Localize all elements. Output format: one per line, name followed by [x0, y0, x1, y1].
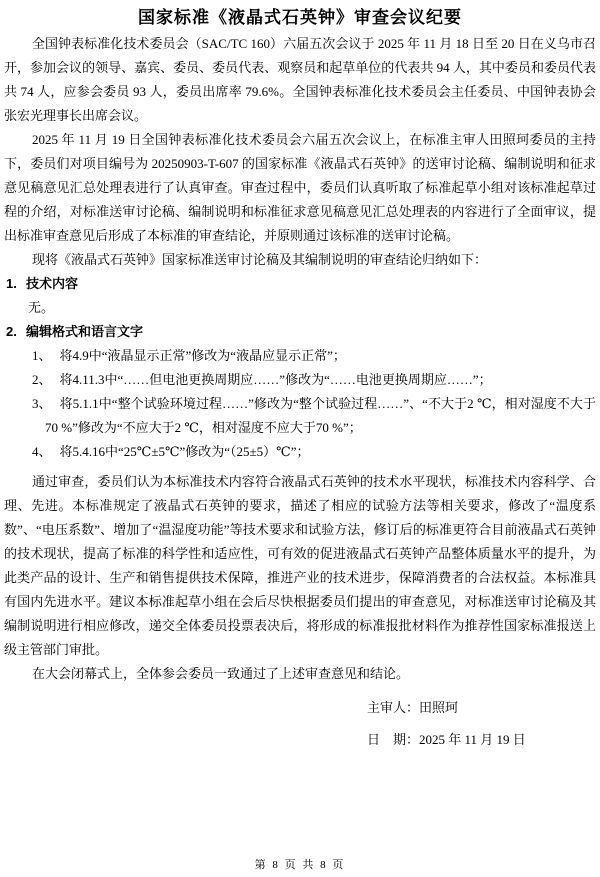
list-item-text: 将5.1.1中“整个试验环境过程……”修改为“整个试验过程……”、“不大于2 ℃… — [45, 396, 596, 435]
list-item-number: 3、 — [32, 396, 52, 411]
paragraph-summary-intro: 现将《液晶式石英钟》国家标准送审讨论稿及其编制说明的审查结论归纳如下： — [4, 248, 596, 272]
document-page: 国家标准《液晶式石英钟》审查会议纪要 全国钟表标准化技术委员会（SAC/TC 1… — [0, 0, 600, 877]
list-item-number: 2、 — [32, 372, 52, 387]
document-title: 国家标准《液晶式石英钟》审查会议纪要 — [4, 6, 596, 30]
section-2-number: 2. — [4, 320, 26, 344]
section-2-title: 编辑格式和语言文字 — [26, 324, 143, 339]
list-item-text: 将4.9中“液晶显示正常”修改为“液晶应显示正常”； — [60, 348, 346, 363]
reviewer-name: 田照珂 — [419, 700, 458, 715]
date-label: 日 期： — [367, 732, 419, 747]
list-item: 1、将4.9中“液晶显示正常”修改为“液晶应显示正常”； — [4, 344, 596, 368]
list-item: 2、将4.11.3中“……但电池更换周期应……”修改为“……电池更换周期应……”… — [4, 368, 596, 392]
signature-reviewer-line: 主审人：田照珂 — [367, 696, 596, 720]
section-1-number: 1. — [4, 272, 26, 296]
paragraph-conclusion: 通过审查，委员们认为本标准技术内容符合液晶式石英钟的技术水平现状，标准技术内容科… — [4, 470, 596, 662]
list-item: 3、将5.1.1中“整个试验环境过程……”修改为“整个试验过程……”、“不大于2… — [4, 392, 596, 440]
section-1-heading: 1.技术内容 — [4, 272, 596, 296]
section-1-title: 技术内容 — [26, 276, 78, 291]
list-item-number: 4、 — [32, 444, 52, 459]
reviewer-label: 主审人： — [367, 700, 419, 715]
date-value: 2025 年 11 月 19 日 — [419, 732, 526, 747]
list-item-number: 1、 — [32, 348, 52, 363]
list-item: 4、将5.4.16中“25℃±5℃”修改为“（25±5）℃”； — [4, 440, 596, 464]
signature-date-line: 日 期：2025 年 11 月 19 日 — [367, 728, 596, 752]
list-item-text: 将4.11.3中“……但电池更换周期应……”修改为“……电池更换周期应……”； — [60, 372, 492, 387]
paragraph-closing: 在大会闭幕式上，全体参会委员一致通过了上述审查意见和结论。 — [4, 662, 596, 686]
section-2-heading: 2.编辑格式和语言文字 — [4, 320, 596, 344]
signature-block: 主审人：田照珂 日 期：2025 年 11 月 19 日 — [367, 696, 596, 752]
section-1-body: 无。 — [4, 296, 596, 320]
paragraph-opening: 全国钟表标准化技术委员会（SAC/TC 160）六届五次会议于 2025 年 1… — [4, 32, 596, 128]
paragraph-review-process: 2025 年 11 月 19 日全国钟表标准化技术委员会六届五次会议上，在标准主… — [4, 128, 596, 248]
page-number-footer: 第 8 页 共 8 页 — [0, 856, 600, 872]
list-item-text: 将5.4.16中“25℃±5℃”修改为“（25±5）℃”； — [60, 444, 310, 459]
section-2-item-list: 1、将4.9中“液晶显示正常”修改为“液晶应显示正常”； 2、将4.11.3中“… — [4, 344, 596, 464]
